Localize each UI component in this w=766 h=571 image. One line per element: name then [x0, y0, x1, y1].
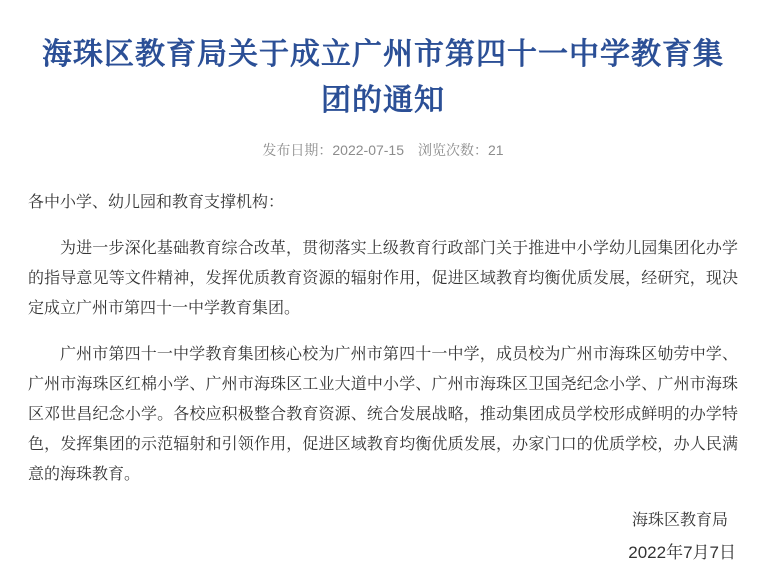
view-count-label: 浏览次数： [418, 142, 488, 158]
notice-meta: 发布日期：2022-07-15浏览次数：21 [28, 140, 738, 160]
notice-body: 各中小学、幼儿园和教育支撑机构： 为进一步深化基础教育综合改革，贯彻落实上级教育… [28, 188, 738, 490]
body-paragraph-1: 为进一步深化基础教育综合改革，贯彻落实上级教育行政部门关于推进中小学幼儿园集团化… [28, 234, 738, 324]
view-count-value: 21 [488, 142, 504, 158]
view-count: 浏览次数：21 [418, 142, 504, 158]
signature-date: 2022年7月7日 [28, 538, 738, 568]
salutation: 各中小学、幼儿园和教育支撑机构： [28, 188, 738, 218]
page-title: 海珠区教育局关于成立广州市第四十一中学教育集团的通知 [28, 32, 738, 124]
notice-page: 海珠区教育局关于成立广州市第四十一中学教育集团的通知 发布日期：2022-07-… [0, 0, 766, 571]
publish-date-value: 2022-07-15 [332, 142, 404, 158]
body-paragraph-2: 广州市第四十一中学教育集团核心校为广州市第四十一中学，成员校为广州市海珠区劬劳中… [28, 340, 738, 490]
publish-date: 发布日期：2022-07-15 [262, 142, 404, 158]
publish-date-label: 发布日期： [262, 142, 332, 158]
signature-issuer: 海珠区教育局 [28, 506, 738, 536]
